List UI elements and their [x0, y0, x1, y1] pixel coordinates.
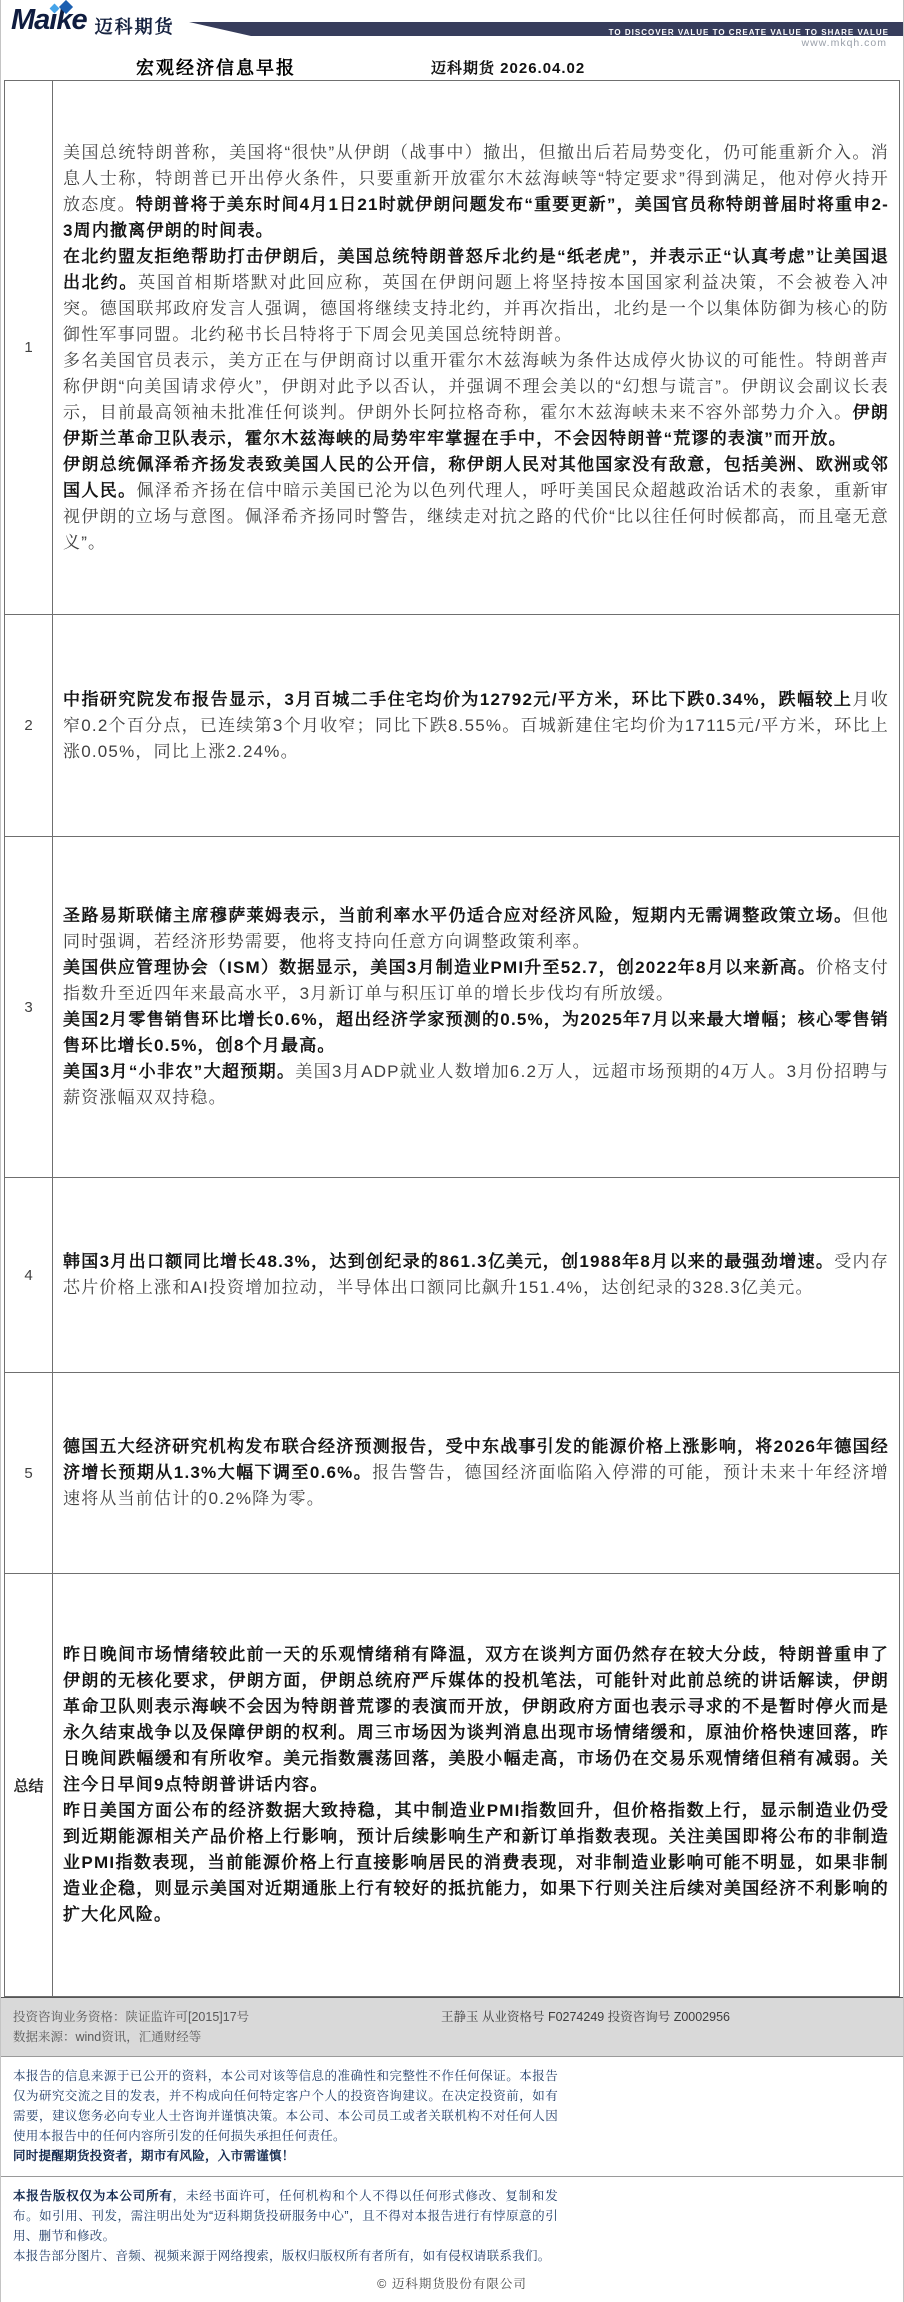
report-header: Maike 迈科期货 TO DISCOVER VALUE TO CREATE V… — [1, 0, 903, 54]
header-swoosh-banner: TO DISCOVER VALUE TO CREATE VALUE TO SHA… — [189, 22, 903, 36]
report-paragraph: 本报告版权仅为本公司所有，未经书面许可，任何机构和个人不得以任何形式修改、复制和… — [13, 2186, 558, 2246]
report-paragraph: 美国总统特朗普称，美国将“很快”从伊朗（战事中）撤出，但撤出后若局势变化，仍可能… — [63, 140, 889, 244]
bold-text-run: 昨日晚间市场情绪较此前一天的乐观情绪稍有降温，双方在谈判方面仍然存在较大分歧，特… — [63, 1645, 889, 1794]
bold-text-run: 特朗普将于美东时间4月1日21时就伊朗问题发布“重要更新”，美国官员称特朗普届时… — [63, 195, 889, 240]
report-row: 总结昨日晚间市场情绪较此前一天的乐观情绪稍有降温，双方在谈判方面仍然存在较大分歧… — [5, 1574, 900, 1997]
report-paragraph: 美国3月“小非农”大超预期。美国3月ADP就业人数增加6.2万人，远超市场预期的… — [63, 1059, 889, 1111]
row-label: 总结 — [5, 1574, 53, 1997]
report-row: 2中指研究院发布报告显示，3月百城二手住宅均价为12792元/平方米，环比下跌0… — [5, 615, 900, 837]
row-content: 韩国3月出口额同比增长48.3%，达到创纪录的861.3亿美元，创1988年8月… — [53, 1178, 900, 1373]
data-source-text: 数据来源：wind资讯，汇通财经等 — [13, 2027, 891, 2047]
report-row: 3圣路易斯联储主席穆萨莱姆表示，当前利率水平仍适合应对经济风险，短期内无需调整政… — [5, 837, 900, 1178]
text-run: 佩泽希齐扬在信中暗示美国已沦为以色列代理人，呼吁美国民众超越政治话术的表象，重新… — [63, 481, 889, 552]
row-content: 中指研究院发布报告显示，3月百城二手住宅均价为12792元/平方米，环比下跌0.… — [53, 615, 900, 837]
row-label: 1 — [5, 81, 53, 615]
report-table: 1美国总统特朗普称，美国将“很快”从伊朗（战事中）撤出，但撤出后若局势变化，仍可… — [4, 80, 900, 1997]
bold-text-run: 美国供应管理协会（ISM）数据显示，美国3月制造业PMI升至52.7，创2022… — [63, 958, 816, 977]
bold-text-run: 圣路易斯联储主席穆萨莱姆表示，当前利率水平仍适合应对经济风险，短期内无需调整政策… — [63, 906, 852, 925]
report-row: 1美国总统特朗普称，美国将“很快”从伊朗（战事中）撤出，但撤出后若局势变化，仍可… — [5, 81, 900, 615]
bold-text-run: 韩国3月出口额同比增长48.3%，达到创纪录的861.3亿美元，创1988年8月… — [63, 1252, 834, 1271]
report-paragraph: 多名美国官员表示，美方正在与伊朗商讨以重开霍尔木兹海峡为条件达成停火协议的可能性… — [63, 348, 889, 452]
report-paragraph: 美国供应管理协会（ISM）数据显示，美国3月制造业PMI升至52.7，创2022… — [63, 955, 889, 1007]
report-paragraph: 德国五大经济研究机构发布联合经济预测报告，受中东战事引发的能源价格上涨影响，将2… — [63, 1434, 889, 1512]
report-paragraph: 韩国3月出口额同比增长48.3%，达到创纪录的861.3亿美元，创1988年8月… — [63, 1249, 889, 1301]
report-paragraph: 圣路易斯联储主席穆萨莱姆表示，当前利率水平仍适合应对经济风险，短期内无需调整政策… — [63, 903, 889, 955]
report-paragraph: 本报告部分图片、音频、视频来源于网络搜索，版权归版权所有者所有，如有侵权请联系我… — [13, 2246, 558, 2266]
row-label: 4 — [5, 1178, 53, 1373]
row-content: 昨日晚间市场情绪较此前一天的乐观情绪稍有降温，双方在谈判方面仍然存在较大分歧，特… — [53, 1574, 900, 1997]
report-row: 4韩国3月出口额同比增长48.3%，达到创纪录的861.3亿美元，创1988年8… — [5, 1178, 900, 1373]
bold-text-run: 中指研究院发布报告显示，3月百城二手住宅均价为12792元/平方米，环比下跌0.… — [63, 690, 852, 709]
bold-text-run: 美国3月“小非农”大超预期。 — [63, 1062, 295, 1081]
bold-text-run: 同时提醒期货投资者，期市有风险，入市需谨慎！ — [13, 2149, 295, 2163]
report-paragraph: 昨日美国方面公布的经济数据大致持稳，其中制造业PMI指数回升，但价格指数上行，显… — [63, 1798, 889, 1928]
page-title: 宏观经济信息早报 — [1, 54, 431, 80]
report-paragraph: 昨日晚间市场情绪较此前一天的乐观情绪稍有降温，双方在谈判方面仍然存在较大分歧，特… — [63, 1642, 889, 1798]
row-content: 美国总统特朗普称，美国将“很快”从伊朗（战事中）撤出，但撤出后若局势变化，仍可能… — [53, 81, 900, 615]
report-row: 5德国五大经济研究机构发布联合经济预测报告，受中东战事引发的能源价格上涨影响，将… — [5, 1373, 900, 1574]
maike-logo: Maike 迈科期货 — [11, 2, 175, 39]
credentials-line: 投资咨询业务资格：陕证监许可[2015]17号 王静玉 从业资格号 F02742… — [13, 2007, 891, 2027]
logo-chinese-name: 迈科期货 — [95, 13, 175, 39]
row-content: 圣路易斯联储主席穆萨莱姆表示，当前利率水平仍适合应对经济风险，短期内无需调整政策… — [53, 837, 900, 1178]
text-run: 英国首相斯塔默对此回应称，英国在伊朗问题上将坚持按本国国家利益决策，不会被卷入冲… — [63, 273, 889, 344]
report-paragraph: 美国2月零售销售环比增长0.6%，超出经济学家预测的0.5%，为2025年7月以… — [63, 1007, 889, 1059]
bold-text-run: 昨日美国方面公布的经济数据大致持稳，其中制造业PMI指数回升，但价格指数上行，显… — [63, 1801, 889, 1924]
disclaimer-block: 本报告的信息来源于已公开的资料，本公司对该等信息的准确性和完整性不作任何保证。本… — [1, 2056, 903, 2176]
bold-text-run: 本报告版权仅为本公司所有 — [13, 2189, 173, 2203]
report-page: Maike 迈科期货 TO DISCOVER VALUE TO CREATE V… — [0, 0, 904, 2302]
report-paragraph: 同时提醒期货投资者，期市有风险，入市需谨慎！ — [13, 2146, 558, 2166]
analyst-credentials: 王静玉 从业资格号 F0274249 投资咨询号 Z0002956 — [441, 2007, 730, 2027]
website-url: www.mkqh.com — [801, 37, 887, 49]
copyright-block: 本报告版权仅为本公司所有，未经书面许可，任何机构和个人不得以任何形式修改、复制和… — [1, 2176, 903, 2302]
report-paragraph: 在北约盟友拒绝帮助打击伊朗后，美国总统特朗普怒斥北约是“纸老虎”，并表示正“认真… — [63, 244, 889, 348]
disclaimer-area: 本报告的信息来源于已公开的资料，本公司对该等信息的准确性和完整性不作任何保证。本… — [1, 2056, 903, 2302]
title-bar: 宏观经济信息早报 迈科期货 2026.04.02 — [1, 54, 903, 80]
license-text: 投资咨询业务资格：陕证监许可[2015]17号 — [13, 2007, 441, 2027]
report-paragraph: 中指研究院发布报告显示，3月百城二手住宅均价为12792元/平方米，环比下跌0.… — [63, 687, 889, 765]
brand-and-date: 迈科期货 2026.04.02 — [431, 57, 585, 78]
text-run: 多名美国官员表示，美方正在与伊朗商讨以重开霍尔木兹海峡为条件达成停火协议的可能性… — [63, 351, 889, 422]
report-paragraph: 本报告的信息来源于已公开的资料，本公司对该等信息的准确性和完整性不作任何保证。本… — [13, 2066, 558, 2146]
row-label: 3 — [5, 837, 53, 1178]
text-run: 本报告的信息来源于已公开的资料，本公司对该等信息的准确性和完整性不作任何保证。本… — [13, 2069, 558, 2143]
row-label: 5 — [5, 1373, 53, 1574]
row-label: 2 — [5, 615, 53, 837]
report-paragraph: 伊朗总统佩泽希齐扬发表致美国人民的公开信，称伊朗人民对其他国家没有敌意，包括美洲… — [63, 452, 889, 556]
text-run: 本报告部分图片、音频、视频来源于网络搜索，版权归版权所有者所有，如有侵权请联系我… — [13, 2249, 551, 2263]
bold-text-run: 美国2月零售销售环比增长0.6%，超出经济学家预测的0.5%，为2025年7月以… — [63, 1010, 889, 1055]
copyright-line: © 迈科期货股份有限公司 — [13, 2274, 891, 2292]
credentials-band: 投资咨询业务资格：陕证监许可[2015]17号 王静玉 从业资格号 F02742… — [1, 1997, 903, 2056]
row-content: 德国五大经济研究机构发布联合经济预测报告，受中东战事引发的能源价格上涨影响，将2… — [53, 1373, 900, 1574]
